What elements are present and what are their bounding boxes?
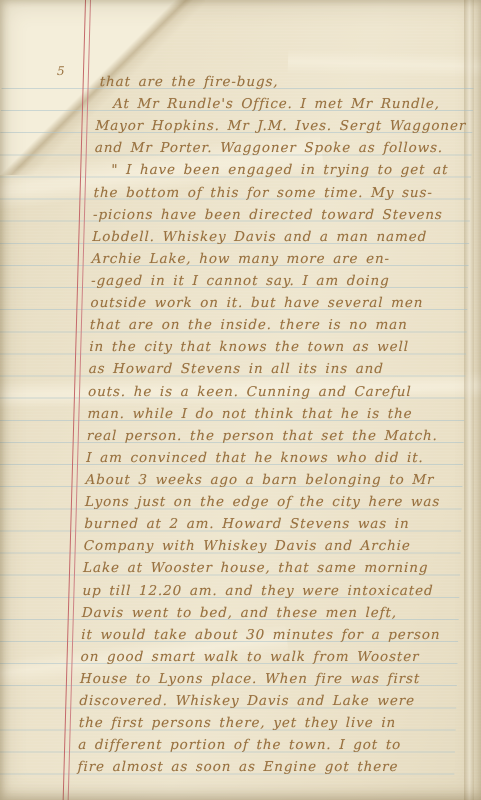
- manuscript-line: " I have been engaged in trying to get a…: [94, 159, 465, 181]
- manuscript-line: Davis went to bed, and these men left,: [82, 602, 453, 624]
- manuscript-line: burned at 2 am. Howard Stevens was in: [84, 513, 455, 535]
- manuscript-line: Mayor Hopkins. Mr J.M. Ives. Sergt Waggo…: [95, 115, 466, 137]
- manuscript-line: up till 12.20 am. and they were intoxica…: [82, 580, 453, 602]
- manuscript-line: Company with Whiskey Davis and Archie: [83, 535, 454, 557]
- manuscript-line: discovered. Whiskey Davis and Lake were: [79, 690, 450, 712]
- manuscript-line: it would take about 30 minutes for a per…: [81, 624, 452, 646]
- page-number: 5: [57, 64, 65, 78]
- manuscript-line: that are on the inside. there is no man: [90, 314, 461, 336]
- manuscript-line: Lobdell. Whiskey Davis and a man named: [92, 226, 463, 248]
- manuscript-line: Lake at Wooster house, that same morning: [83, 557, 454, 579]
- manuscript-line: fire almost as soon as Engine got there: [77, 756, 448, 778]
- manuscript-line: outs. he is a keen. Cunning and Careful: [88, 381, 459, 403]
- manuscript-line: that are the fire-bugs,: [96, 71, 467, 93]
- page-content: 5 that are the fire-bugs,At Mr Rundle's …: [0, 0, 481, 800]
- manuscript-line: the bottom of this for some time. My sus…: [93, 182, 464, 204]
- manuscript-line: on good smart walk to walk from Wooster: [80, 646, 451, 668]
- manuscript-line: House to Lyons place. When fire was firs…: [80, 668, 451, 690]
- manuscript-line: as Howard Stevens in all its ins and: [88, 358, 459, 380]
- manuscript-line: outside work on it. but have several men: [90, 292, 461, 314]
- manuscript-line: Lyons just on the edge of the city here …: [85, 491, 456, 513]
- manuscript-text: that are the fire-bugs,At Mr Rundle's Of…: [77, 71, 467, 779]
- manuscript-line: man. while I do not think that he is the: [87, 403, 458, 425]
- manuscript-line: At Mr Rundle's Office. I met Mr Rundle,: [96, 93, 467, 115]
- manuscript-line: About 3 weeks ago a barn belonging to Mr: [85, 469, 456, 491]
- manuscript-line: a different portion of the town. I got t…: [78, 734, 449, 756]
- manuscript-line: real person. the person that set the Mat…: [87, 425, 458, 447]
- manuscript-line: the first persons there, yet they live i…: [78, 712, 449, 734]
- manuscript-line: in the city that knows the town as well: [89, 336, 460, 358]
- manuscript-line: -picions have been directed toward Steve…: [93, 204, 464, 226]
- manuscript-line: -gaged in it I cannot say. I am doing: [91, 270, 462, 292]
- manuscript-page: 5 that are the fire-bugs,At Mr Rundle's …: [0, 0, 481, 800]
- manuscript-line: Archie Lake, how many more are en-: [91, 248, 462, 270]
- manuscript-line: and Mr Porter. Waggoner Spoke as follows…: [95, 137, 466, 159]
- manuscript-line: I am convinced that he knows who did it.: [86, 447, 457, 469]
